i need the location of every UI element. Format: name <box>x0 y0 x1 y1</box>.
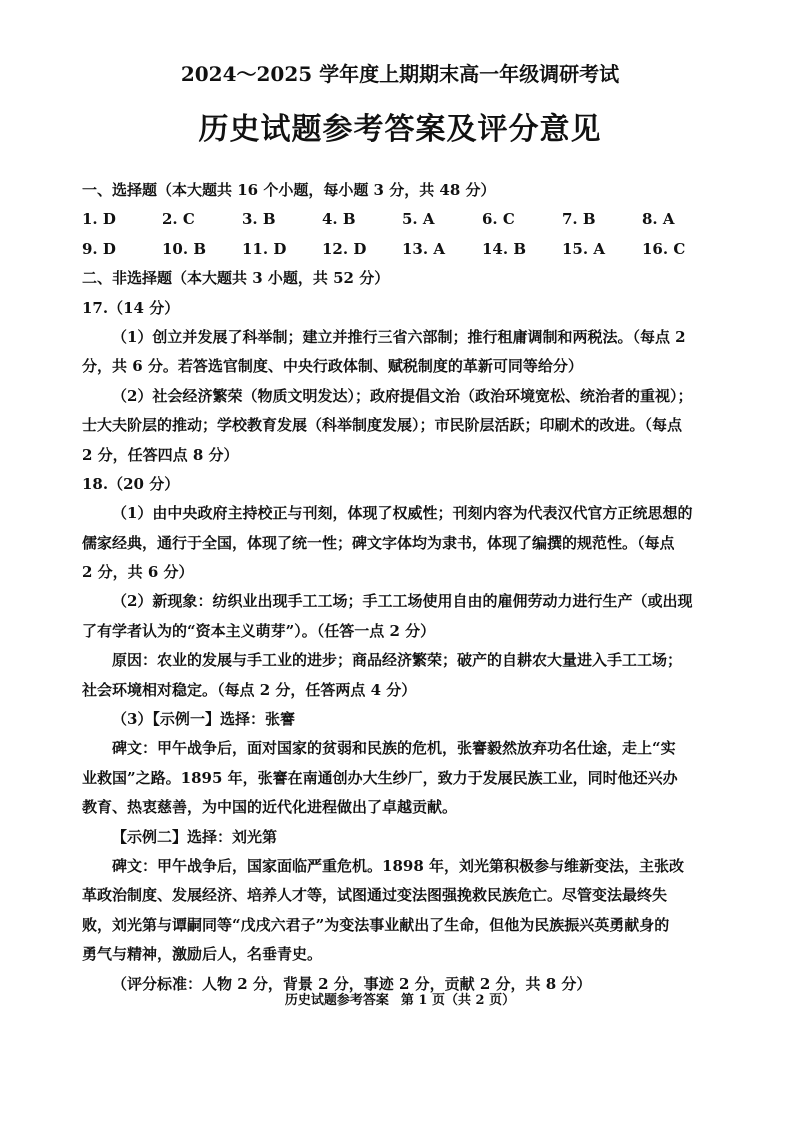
q18-part3-example1-line: 教育、热衷慈善，为中国的近代化进程做出了卓越贡献。 <box>82 793 722 822</box>
mc-answer: 15. A <box>562 235 642 264</box>
answer-key-page: 2024～2025 学年度上期期末高一年级调研考试 历史试题参考答案及评分意见 … <box>0 0 800 1131</box>
q18-part3-example1-line: 业救国”之路。1895 年，张謇在南通创办大生纱厂，致力于发展民族工业，同时他还… <box>82 764 722 793</box>
q18-part3-example2-line: 碑文：甲午战争后，国家面临严重危机。1898 年，刘光第积极参与维新变法，主张改 <box>82 852 722 881</box>
q18-part3-example2-line: 革政治制度、发展经济、培养人才等，试图通过变法图强挽救民族危亡。尽管变法最终失 <box>82 881 722 910</box>
footer-page-number: 第 1 页（共 2 页） <box>401 993 515 1008</box>
mc-answers-row-2: 9. D 10. B 11. D 12. D 13. A 14. B 15. A… <box>82 235 722 264</box>
q17-part2-line: 士大夫阶层的推动；学校教育发展（科举制度发展）；市民阶层活跃；印刷术的改进。（每… <box>82 411 722 440</box>
mc-answer: 13. A <box>402 235 482 264</box>
q18-part2-line: 了有学者认为的“资本主义萌芽”）。（任答一点 2 分） <box>82 617 722 646</box>
answer-content: 一、选择题（本大题共 16 个小题，每小题 3 分，共 48 分） 1. D 2… <box>82 176 722 999</box>
mc-answer: 6. C <box>482 205 562 234</box>
q18-part1-line: （1）由中央政府主持校正与刊刻，体现了权威性；刊刻内容为代表汉代官方正统思想的 <box>82 499 722 528</box>
mc-answer: 12. D <box>322 235 402 264</box>
mc-answers-row-1: 1. D 2. C 3. B 4. B 5. A 6. C 7. B 8. A <box>82 205 722 234</box>
mc-answer: 7. B <box>562 205 642 234</box>
q18-part3-example2-line: 勇气与精神，激励后人，名垂青史。 <box>82 940 722 969</box>
q17-part2-line: （2）社会经济繁荣（物质文明发达）；政府提倡文治（政治环境宽松、统治者的重视）； <box>82 382 722 411</box>
mc-answer: 2. C <box>162 205 242 234</box>
mc-answer: 16. C <box>642 235 722 264</box>
q18-part2-reason-line: 社会环境相对稳定。（每点 2 分，任答两点 4 分） <box>82 676 722 705</box>
q18-part2-line: （2）新现象：纺织业出现手工工场；手工工场使用自由的雇佣劳动力进行生产（或出现 <box>82 587 722 616</box>
q18-part1-line: 2 分，共 6 分） <box>82 558 722 587</box>
q17-part1-line: （1）创立并发展了科举制；建立并推行三省六部制；推行租庸调制和两税法。（每点 2 <box>82 323 722 352</box>
q17-header: 17.（14 分） <box>82 294 722 323</box>
mc-answer: 3. B <box>242 205 322 234</box>
q18-part3-example2-line: 败，刘光第与谭嗣同等“戊戌六君子”为变法事业献出了生命，但他为民族振兴英勇献身的 <box>82 911 722 940</box>
document-title: 历史试题参考答案及评分意见 <box>0 104 800 148</box>
section-1-heading: 一、选择题（本大题共 16 个小题，每小题 3 分，共 48 分） <box>82 176 722 205</box>
mc-answer: 9. D <box>82 235 162 264</box>
footer-doc-name: 历史试题参考答案 <box>285 993 389 1008</box>
exam-title: 2024～2025 学年度上期期末高一年级调研考试 <box>0 58 800 87</box>
mc-answer: 14. B <box>482 235 562 264</box>
mc-answer: 8. A <box>642 205 722 234</box>
mc-answer: 1. D <box>82 205 162 234</box>
section-2-heading: 二、非选择题（本大题共 3 小题，共 52 分） <box>82 264 722 293</box>
q17-part1-line: 分，共 6 分。若答选官制度、中央行政体制、赋税制度的革新可同等给分） <box>82 352 722 381</box>
q18-part2-reason-line: 原因：农业的发展与手工业的进步；商品经济繁荣；破产的自耕农大量进入手工工场； <box>82 646 722 675</box>
mc-answer: 10. B <box>162 235 242 264</box>
page-footer: 历史试题参考答案第 1 页（共 2 页） <box>0 989 800 1008</box>
q18-part1-line: 儒家经典，通行于全国，体现了统一性；碑文字体均为隶书，体现了编撰的规范性。（每点 <box>82 529 722 558</box>
q17-part2-line: 2 分，任答四点 8 分） <box>82 441 722 470</box>
mc-answer: 4. B <box>322 205 402 234</box>
q18-part3-example2-heading: 【示例二】选择：刘光第 <box>82 823 722 852</box>
q18-part3-example1-heading: （3）【示例一】选择：张謇 <box>82 705 722 734</box>
q18-header: 18.（20 分） <box>82 470 722 499</box>
mc-answer: 11. D <box>242 235 322 264</box>
mc-answer: 5. A <box>402 205 482 234</box>
q18-part3-example1-line: 碑文：甲午战争后，面对国家的贫弱和民族的危机，张謇毅然放弃功名仕途，走上“实 <box>82 734 722 763</box>
